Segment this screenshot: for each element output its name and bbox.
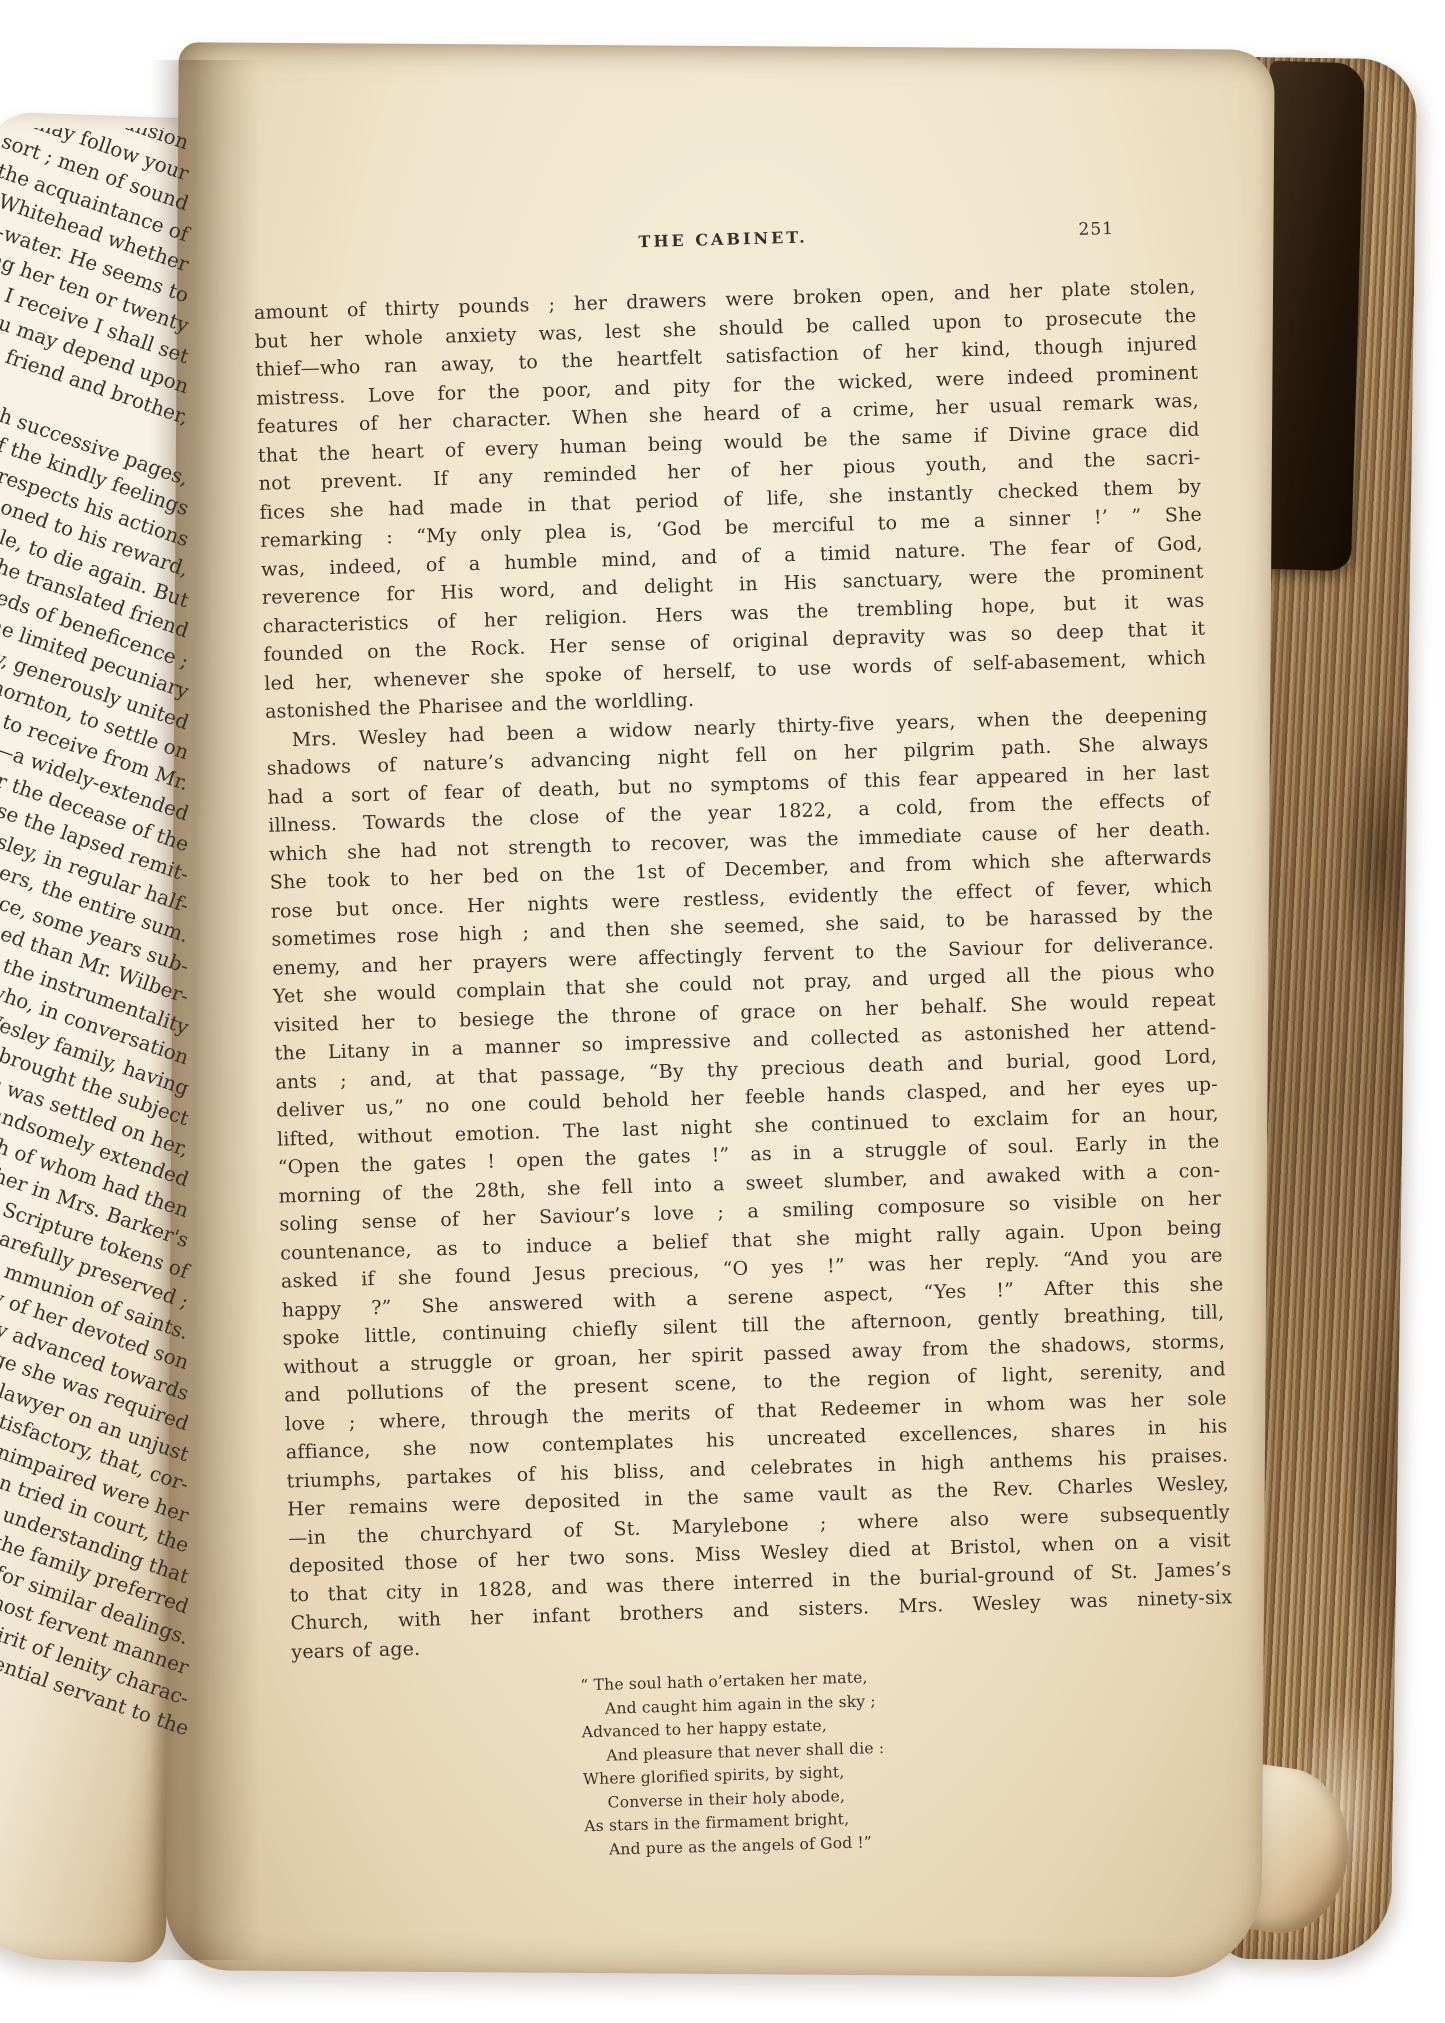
paragraph-1: amount of thirty pounds ; her drawers we…: [254, 273, 1208, 727]
left-page-text: did in the great mansionammy may follow …: [0, 128, 194, 1838]
poem: “ The soul hath o’ertaken her mate,And c…: [580, 1666, 887, 1862]
right-page-text: THE CABINET. 251 amount of thirty pounds…: [252, 217, 1239, 1871]
page-number: 251: [1078, 219, 1114, 240]
paragraph-2: Mrs. Wesley had been a widow nearly thir…: [266, 700, 1234, 1666]
